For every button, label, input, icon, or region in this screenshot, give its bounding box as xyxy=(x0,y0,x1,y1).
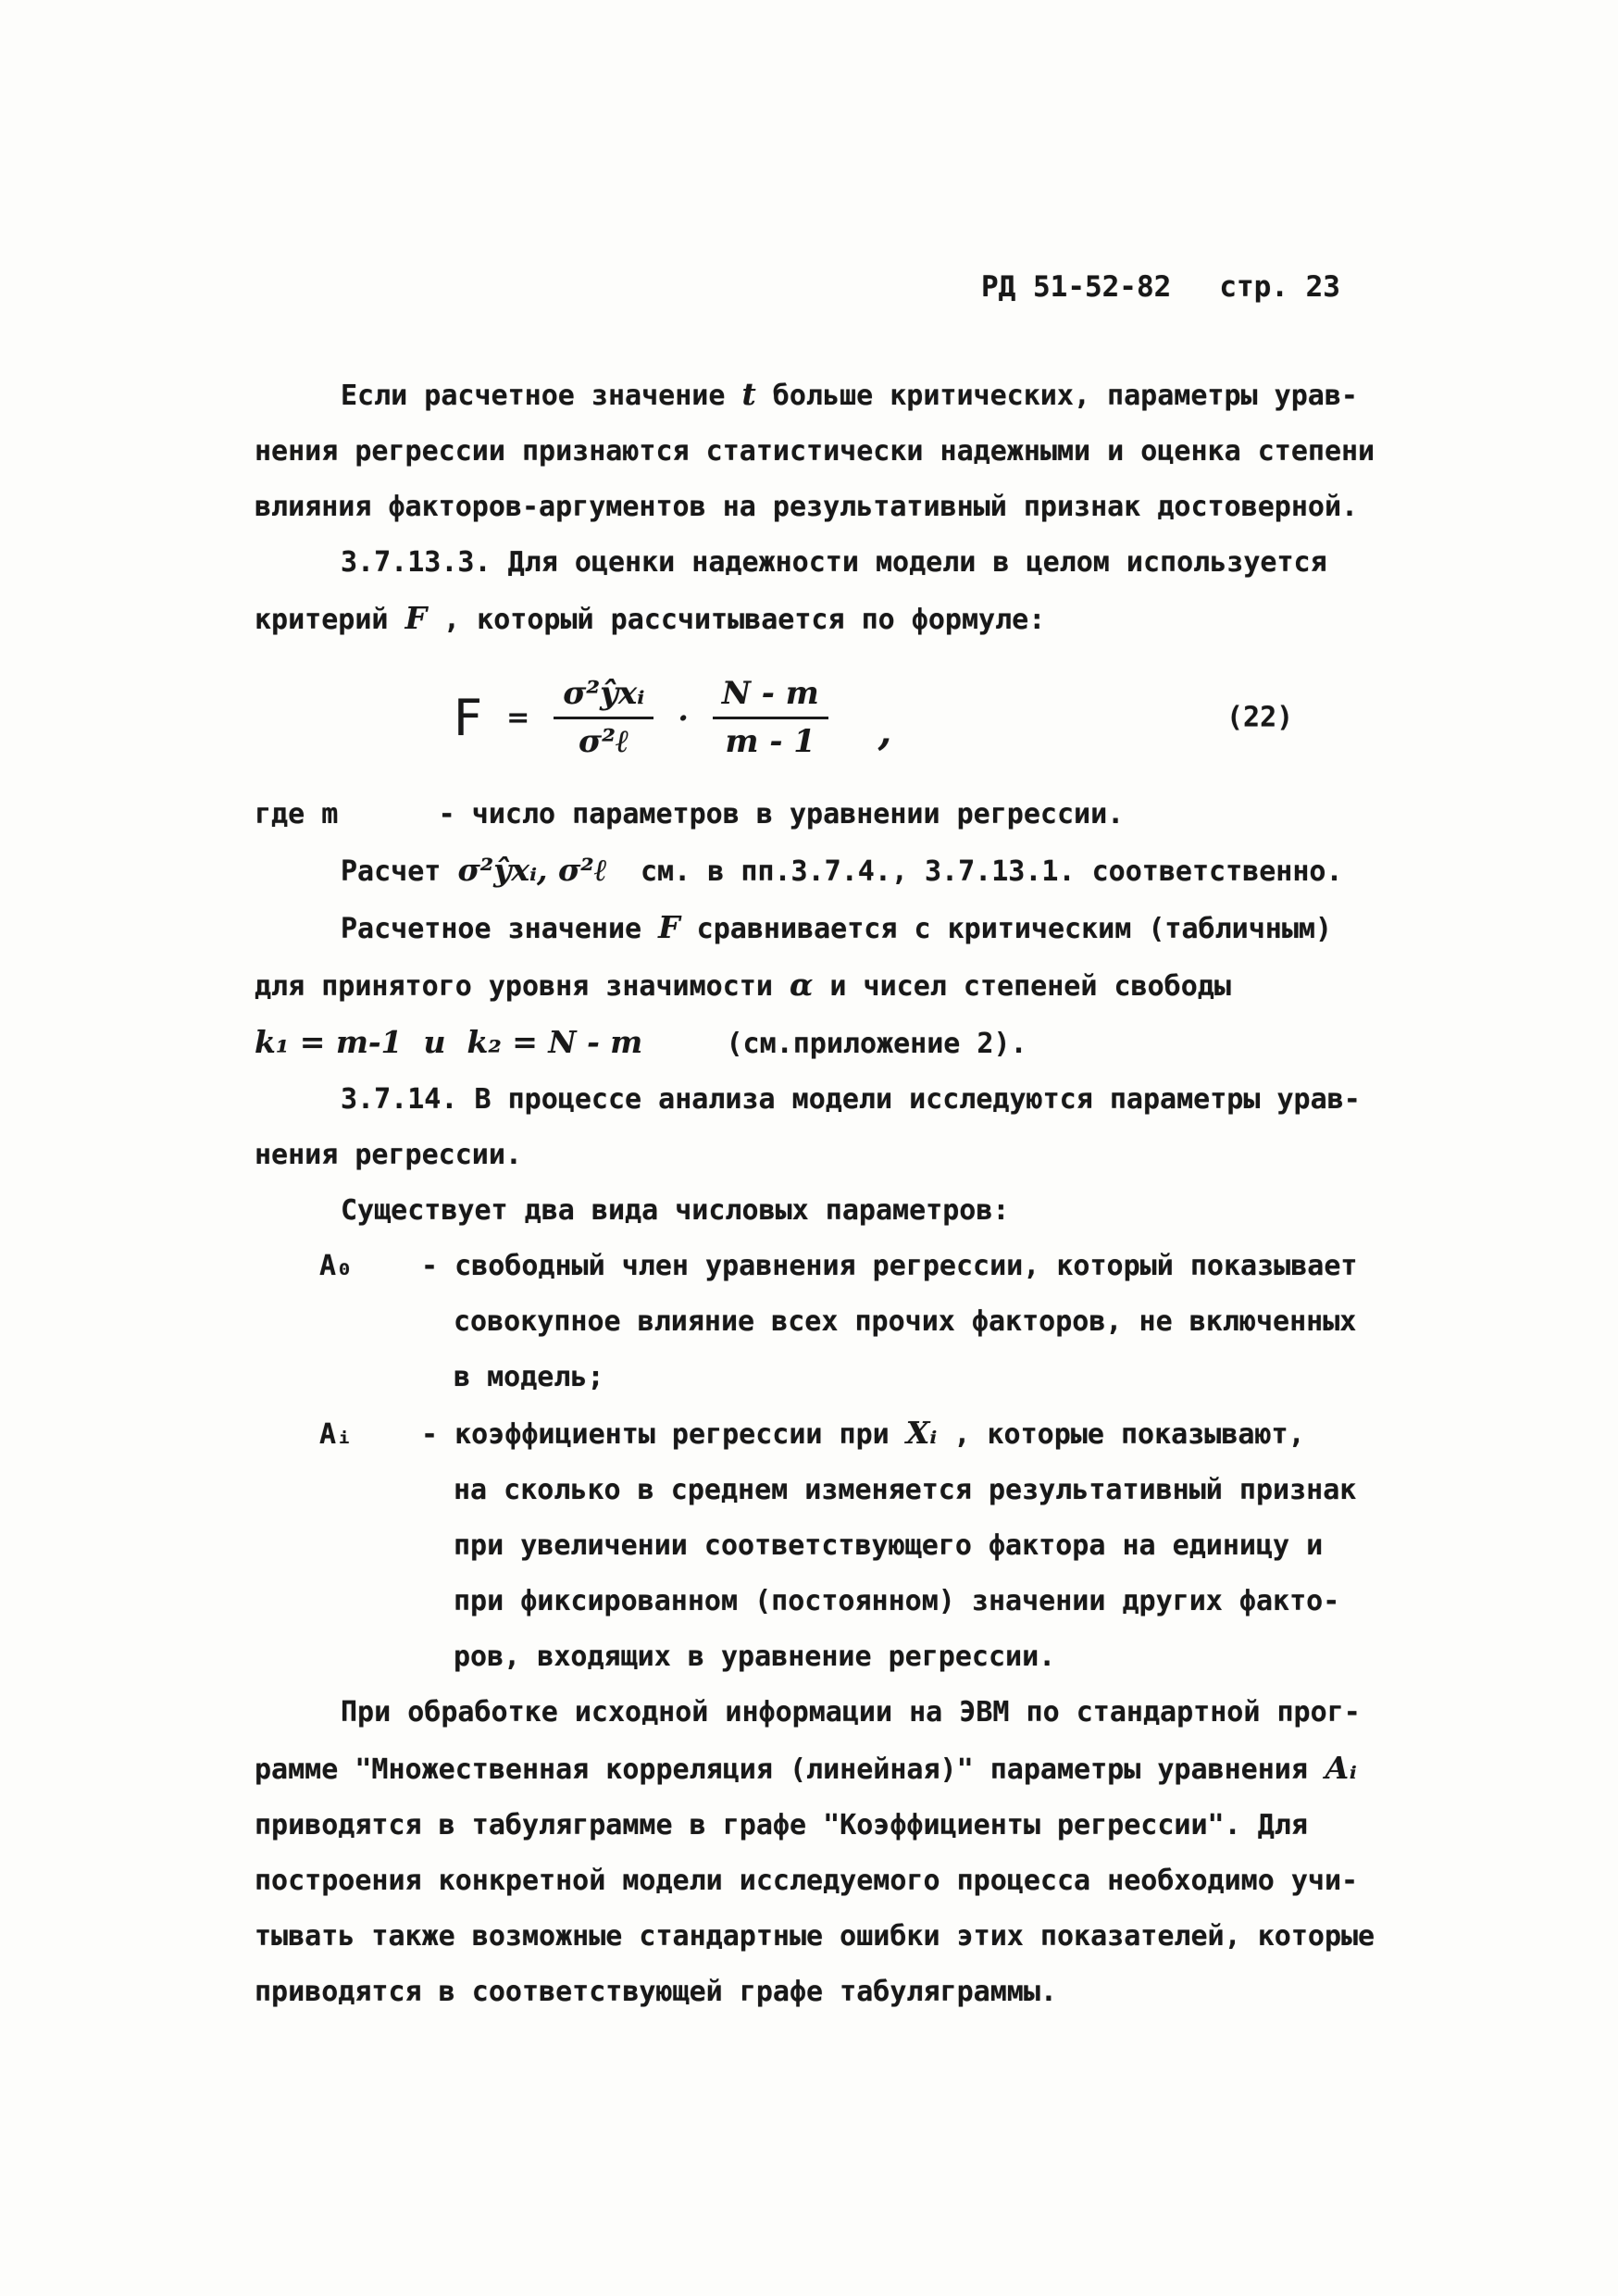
text-line: Расчетное значение F сравнивается с крит… xyxy=(255,900,1402,957)
text-line: Если расчетное значение t больше критиче… xyxy=(255,367,1402,424)
fraction-numerator: N - m xyxy=(713,674,828,719)
text-segment: больше критических, параметры урав- xyxy=(756,380,1358,412)
term-ai: Аᵢ xyxy=(319,1407,421,1463)
formula-lhs: F xyxy=(454,689,482,747)
text-line: влияния факторов-аргументов на результат… xyxy=(255,480,1402,535)
xi-symbol: Xᵢ xyxy=(906,1415,938,1451)
text-segment: , которые показывают, xyxy=(937,1418,1304,1451)
text-segment: , который рассчитывается по формуле: xyxy=(427,604,1045,636)
text-segment: сравнивается с критическим (табличным) xyxy=(680,913,1332,945)
text-line: нения регрессии признаются статистически… xyxy=(255,424,1402,480)
text-line: приводятся в табуляграмме в графе "Коэфф… xyxy=(255,1798,1402,1853)
fraction-denominator: σ²ℓ xyxy=(579,719,629,762)
text-line: нения регрессии. xyxy=(255,1128,1402,1183)
f-criterion-symbol: F xyxy=(658,909,679,945)
text-line: совокупное влияние всех прочих факторов,… xyxy=(255,1294,1402,1350)
formula-22: F = σ²ŷxᵢσ²ℓ · N - mm - 1 , (22) xyxy=(255,648,1402,787)
formula-comma: , xyxy=(878,708,892,754)
text-line: где m - число параметров в уравнении рег… xyxy=(255,787,1402,842)
f-criterion-symbol: F xyxy=(405,600,427,636)
text-line: в модель; xyxy=(255,1350,1402,1405)
definition-dash: - xyxy=(421,1418,454,1451)
text-line: ров, входящих в уравнение регрессии. xyxy=(255,1629,1402,1685)
text-segment: Расчет xyxy=(341,855,457,888)
text-segment: и чисел степеней свободы xyxy=(813,970,1231,1003)
text-segment: рамме "Множественная корреляция (линейна… xyxy=(255,1753,1325,1786)
text-line: рамме "Множественная корреляция (линейна… xyxy=(255,1741,1402,1798)
text-line: При обработке исходной информации на ЭВМ… xyxy=(255,1685,1402,1741)
fraction-numerator: σ²ŷxᵢ xyxy=(554,674,653,719)
text-segment: см. в пп.3.7.4., 3.7.13.1. соответственн… xyxy=(607,855,1343,888)
equation-number: (22) xyxy=(1226,702,1293,734)
definition-dash: - xyxy=(421,1250,454,1282)
text-line: для принятого уровня значимости α и чисе… xyxy=(255,957,1402,1015)
definition-ai: Аᵢ- коэффициенты регрессии при Xᵢ , кото… xyxy=(255,1405,1402,1463)
text-segment: Если расчетное значение xyxy=(341,380,741,412)
alpha-symbol: α xyxy=(790,967,813,1003)
text-segment: (см.приложение 2). xyxy=(642,1028,1027,1060)
text-line: тывать также возможные стандартные ошибк… xyxy=(255,1909,1402,1965)
scanned-document-page: РД 51-52-82стр. 23 Если расчетное значен… xyxy=(0,0,1618,2296)
text-line: критерий F , который рассчитывается по ф… xyxy=(255,591,1402,648)
text-line: 3.7.13.3. Для оценки надежности модели в… xyxy=(255,535,1402,591)
text-segment: коэффициенты регрессии при xyxy=(454,1418,906,1451)
term-a0: А₀ xyxy=(319,1239,421,1294)
ai-symbol: Аᵢ xyxy=(1325,1750,1357,1786)
text-segment: для принятого уровня значимости xyxy=(255,970,790,1003)
degrees-of-freedom-symbols: k₁ = m-1 и k₂ = N - m xyxy=(255,1024,642,1060)
text-segment: свободный член уравнения регрессии, кото… xyxy=(454,1250,1357,1282)
document-body: Если расчетное значение t больше критиче… xyxy=(255,367,1402,2020)
text-line: приводятся в соответствующей графе табул… xyxy=(255,1965,1402,2020)
fraction-denominator: m - 1 xyxy=(726,719,815,762)
page-number: стр. 23 xyxy=(1219,270,1340,304)
t-symbol: t xyxy=(741,376,755,412)
text-line: Расчет σ²ŷxᵢ, σ²ℓ см. в пп.3.7.4., 3.7.1… xyxy=(255,842,1402,900)
equals-sign: = xyxy=(506,702,529,734)
text-segment: Расчетное значение xyxy=(341,913,658,945)
variance-fraction: σ²ŷxᵢσ²ℓ xyxy=(554,674,653,761)
text-line: 3.7.14. В процессе анализа модели исслед… xyxy=(255,1072,1402,1128)
text-line: построения конкретной модели исследуемог… xyxy=(255,1853,1402,1909)
text-line: k₁ = m-1 и k₂ = N - m (см.приложение 2). xyxy=(255,1015,1402,1072)
multiplication-dot: · xyxy=(678,700,689,736)
text-segment: критерий xyxy=(255,604,405,636)
degrees-fraction: N - mm - 1 xyxy=(713,674,828,761)
text-line: при увеличении соответствующего фактора … xyxy=(255,1518,1402,1574)
doc-number: РД 51-52-82 xyxy=(981,270,1171,304)
text-line: Существует два вида числовых параметров: xyxy=(255,1183,1402,1239)
text-line: при фиксированном (постоянном) значении … xyxy=(255,1574,1402,1629)
definition-a0: А₀- свободный член уравнения регрессии, … xyxy=(255,1239,1402,1294)
text-line: на сколько в среднем изменяется результа… xyxy=(255,1463,1402,1518)
page-header: РД 51-52-82стр. 23 xyxy=(981,270,1340,304)
sigma-symbols: σ²ŷxᵢ, σ²ℓ xyxy=(457,852,606,888)
